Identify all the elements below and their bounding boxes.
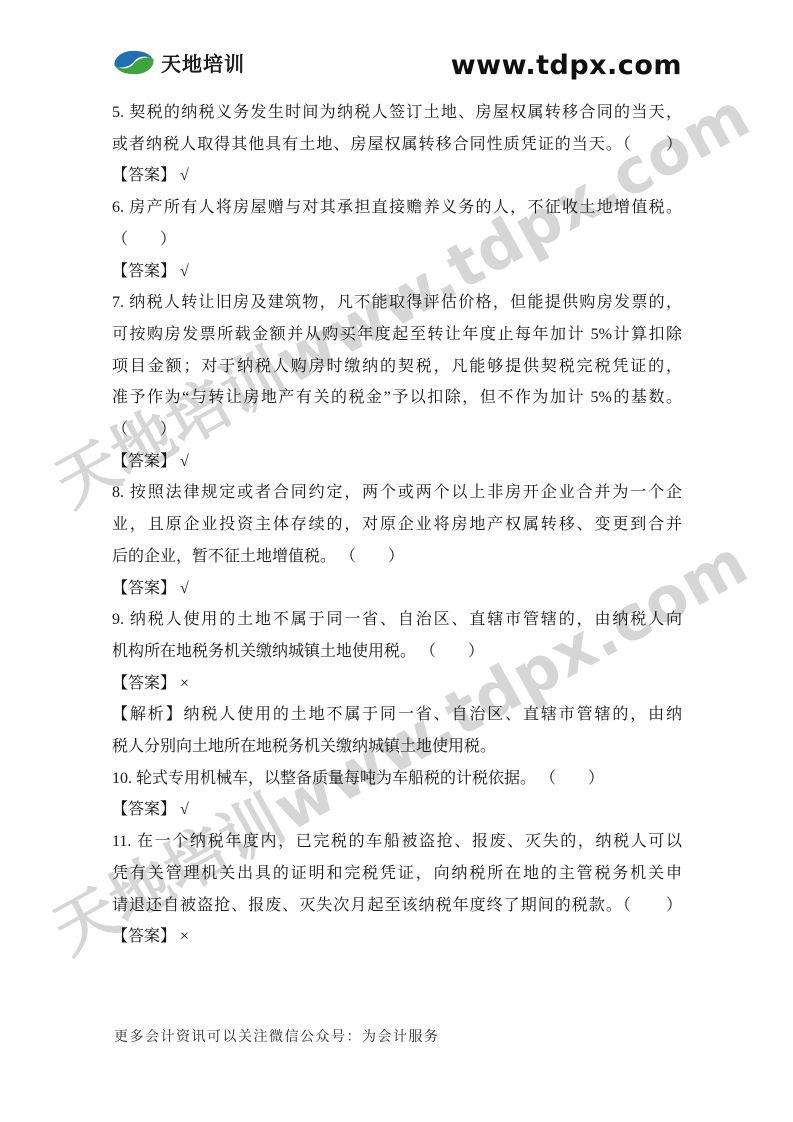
line-answer: 【答案】 × xyxy=(112,668,682,700)
logo-text: 天地培训 xyxy=(161,48,245,77)
line-question: 后的企业，暂不征土地增值税。 （ ） xyxy=(112,541,682,573)
line-question: 可按购房发票所载金额并从购买年度起至转让年度止每年加计 5%计算扣除 xyxy=(112,319,682,351)
line-answer: 【答案】 √ xyxy=(112,256,682,288)
line-question: 项目金额；对于纳税人购房时缴纳的契税，凡能够提供契税完税凭证的， xyxy=(112,351,682,383)
line-answer: 【答案】 √ xyxy=(112,446,682,478)
line-question: （ ） xyxy=(112,224,682,256)
line-answer: 【答案】 × xyxy=(112,921,682,953)
logo-swirl-icon xyxy=(112,47,156,78)
line-question: 业，且原企业投资主体存续的，对原企业将房地产权属转移、变更到合并 xyxy=(112,509,682,541)
logo: 天地培训 xyxy=(112,47,245,78)
line-question: 凭有关管理机关出具的证明和完税凭证，向纳税所在地的主管税务机关申 xyxy=(112,858,682,890)
header: 天地培训 www.tdpx.com xyxy=(112,45,682,85)
document-page: 天地培训www.tdpx.com 天地培训www.tdpx.com 天地培训 w… xyxy=(0,0,793,1122)
line-answer: 【答案】 √ xyxy=(112,794,682,826)
line-question: 11. 在一个纳税年度内，已完税的车船被盗抢、报废、灭失的，纳税人可以 xyxy=(112,826,682,858)
line-question: 5. 契税的纳税义务发生时间为纳税人签订土地、房屋权属转移合同的当天， xyxy=(112,97,682,129)
line-question: 7. 纳税人转让旧房及建筑物，凡不能取得评估价格，但能提供购房发票的， xyxy=(112,287,682,319)
line-question: 机构所在地税务机关缴纳城镇土地使用税。 （ ） xyxy=(112,636,682,668)
line-question: 9. 纳税人使用的土地不属于同一省、自治区、直辖市管辖的，由纳税人向 xyxy=(112,604,682,636)
footer-note: 更多会计资讯可以关注微信公众号：为会计服务 xyxy=(114,1028,440,1048)
document-body: 5. 契税的纳税义务发生时间为纳税人签订土地、房屋权属转移合同的当天，或者纳税人… xyxy=(112,97,682,953)
line-question: （ ） xyxy=(112,414,682,446)
line-analysis: 【解析】纳税人使用的土地不属于同一省、自治区、直辖市管辖的，由纳 xyxy=(112,699,682,731)
line-question: 8. 按照法律规定或者合同约定，两个或两个以上非房开企业合并为一个企 xyxy=(112,477,682,509)
line-question: 或者纳税人取得其他具有土地、房屋权属转移合同性质凭证的当天。（ ） xyxy=(112,129,682,161)
line-question: 10. 轮式专用机械车，以整备质量每吨为车船税的计税依据。 （ ） xyxy=(112,763,682,795)
line-answer: 【答案】 √ xyxy=(112,573,682,605)
header-website: www.tdpx.com xyxy=(451,50,682,81)
line-question: 准予作为“与转让房地产有关的税金”予以扣除，但不作为加计 5%的基数。 xyxy=(112,382,682,414)
line-question: 请退还自被盗抢、报废、灭失次月起至该纳税年度终了期间的税款。（ ） xyxy=(112,890,682,922)
line-analysis: 税人分别向土地所在地税务机关缴纳城镇土地使用税。 xyxy=(112,731,682,763)
line-question: 6. 房产所有人将房屋赠与对其承担直接赡养义务的人，不征收土地增值税。 xyxy=(112,192,682,224)
line-answer: 【答案】 √ xyxy=(112,160,682,192)
